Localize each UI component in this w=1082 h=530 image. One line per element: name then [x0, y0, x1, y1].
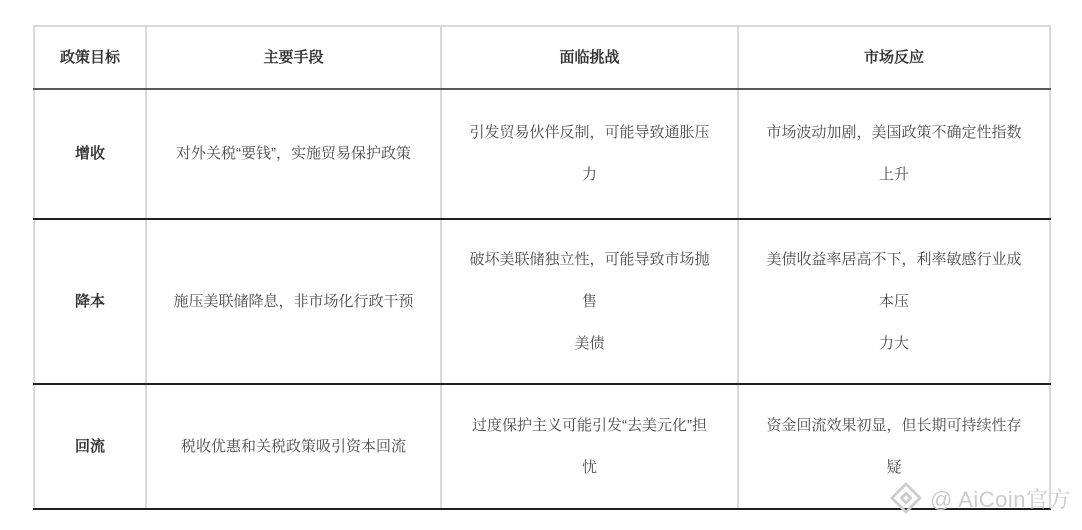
column-header-market-reaction: 市场反应	[738, 26, 1050, 89]
cell-challenge: 引发贸易伙伴反制，可能导致通胀压力	[441, 89, 738, 219]
table-header-row: 政策目标 主要手段 面临挑战 市场反应	[34, 26, 1050, 89]
cell-goal: 降本	[34, 219, 146, 384]
cell-goal: 回流	[34, 384, 146, 509]
cell-reaction: 美债收益率居高不下，利率敏感行业成本压 力大	[738, 219, 1050, 384]
cell-goal: 增收	[34, 89, 146, 219]
column-header-policy-goal: 政策目标	[34, 26, 146, 89]
column-header-main-means: 主要手段	[146, 26, 441, 89]
cell-reaction: 资金回流效果初显，但长期可持续性存疑	[738, 384, 1050, 509]
cell-means: 税收优惠和关税政策吸引资本回流	[146, 384, 441, 509]
table-row: 增收 对外关税“要钱”，实施贸易保护政策 引发贸易伙伴反制，可能导致通胀压力 市…	[34, 89, 1050, 219]
table-row: 降本 施压美联储降息，非市场化行政干预 破坏美联储独立性，可能导致市场抛售 美债…	[34, 219, 1050, 384]
table-row: 回流 税收优惠和关税政策吸引资本回流 过度保护主义可能引发“去美元化”担 忧 资…	[34, 384, 1050, 509]
cell-reaction: 市场波动加剧，美国政策不确定性指数上升	[738, 89, 1050, 219]
page: 政策目标 主要手段 面临挑战 市场反应 增收 对外关税“要钱”，实施贸易保护政策…	[0, 0, 1082, 530]
policy-comparison-table: 政策目标 主要手段 面临挑战 市场反应 增收 对外关税“要钱”，实施贸易保护政策…	[33, 25, 1051, 510]
cell-challenge: 过度保护主义可能引发“去美元化”担 忧	[441, 384, 738, 509]
cell-challenge: 破坏美联储独立性，可能导致市场抛售 美债	[441, 219, 738, 384]
cell-means: 施压美联储降息，非市场化行政干预	[146, 219, 441, 384]
column-header-challenges: 面临挑战	[441, 26, 738, 89]
cell-means: 对外关税“要钱”，实施贸易保护政策	[146, 89, 441, 219]
